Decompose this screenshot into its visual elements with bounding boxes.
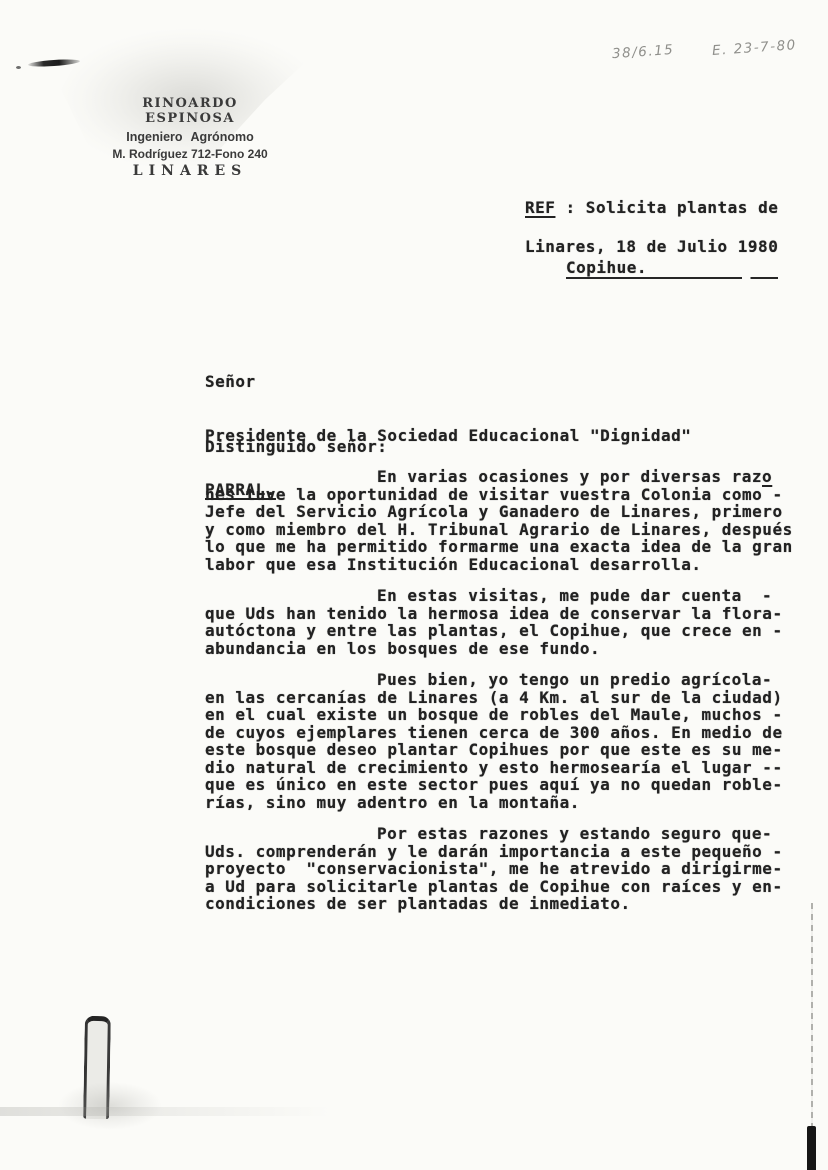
letterhead-title: Ingeniero Agrónomo [92, 130, 288, 144]
paragraph: Pues bien, yo tengo un predio agrícola-e… [205, 671, 805, 811]
scan-artifact-edge-bar [807, 1126, 816, 1170]
reference-subject-line: Copihue. [525, 258, 778, 279]
scan-artifact-dot [16, 66, 21, 69]
letter-line: y como miembro del H. Tribunal Agrario d… [205, 521, 805, 539]
letter-line: dio natural de crecimiento y esto hermos… [205, 759, 805, 777]
letter-line: condiciones de ser plantadas de inmediat… [205, 895, 805, 913]
letter-line: Pues bien, yo tengo un predio agrícola- [205, 671, 805, 689]
letterhead-name: RINOARDO ESPINOSA [92, 96, 288, 126]
reference-label: REF [525, 198, 555, 217]
paragraph: Por estas razones y estando seguro que-U… [205, 825, 805, 913]
letter-line: nes tuve la oportunidad de visitar vuest… [205, 486, 805, 504]
letter-line: autóctona y entre las plantas, el Copihu… [205, 622, 805, 640]
letter-line: de cuyos ejemplares tienen cerca de 300 … [205, 724, 805, 742]
letterhead-address: M. Rodríguez 712-Fono 240 [92, 147, 288, 161]
letterhead: RINOARDO ESPINOSA Ingeniero Agrónomo M. … [92, 96, 288, 179]
letter-line: que Uds han tenido la hermosa idea de co… [205, 605, 805, 623]
paragraph: En varias ocasiones y por diversas razon… [205, 468, 805, 573]
letter-line: Jefe del Servicio Agrícola y Ganadero de… [205, 503, 805, 521]
letter-line: rías, sino muy adentro en la montaña. [205, 794, 805, 812]
handwritten-code: 38/6.15 [612, 42, 675, 62]
letter-line: abundancia en los bosques de ese fundo. [205, 640, 805, 658]
recipient-salutation: Señor [205, 373, 691, 391]
letter-line: labor que esa Institución Educacional de… [205, 556, 805, 574]
letter-line: proyecto "conservacionista", me he atrev… [205, 860, 805, 878]
letter-line: en el cual existe un bosque de robles de… [205, 706, 805, 724]
paragraph: En estas visitas, me pude dar cuenta -qu… [205, 587, 805, 657]
reference-subject: Copihue. [566, 258, 778, 279]
salutation: Distinguido señor: [205, 437, 387, 456]
letter-line: Por estas razones y estando seguro que- [205, 825, 805, 843]
scan-artifact-dash [28, 58, 80, 68]
scanned-letter-page: 38/6.15 E. 23-7-80 RINOARDO ESPINOSA Ing… [0, 0, 828, 1170]
letter-line: que es único en este sector pues aquí ya… [205, 776, 805, 794]
letter-line: este bosque deseo plantar Copihues por q… [205, 741, 805, 759]
dateline: Linares, 18 de Julio 1980 [525, 237, 778, 256]
letter-body: En varias ocasiones y por diversas razon… [205, 468, 805, 927]
scan-artifact-streak [0, 1107, 330, 1116]
letterhead-city: LINARES [92, 163, 288, 179]
letter-line: en las cercanías de Linares (a 4 Km. al … [205, 689, 805, 707]
reference-text: : Solicita plantas de [555, 198, 778, 217]
handwritten-date-note: E. 23-7-80 [712, 37, 798, 59]
letter-line: En varias ocasiones y por diversas razo [205, 468, 805, 486]
letter-line: lo que me ha permitido formarme una exac… [205, 538, 805, 556]
letter-line: a Ud para solicitarle plantas de Copihue… [205, 878, 805, 896]
letter-line: Uds. comprenderán y le darán importancia… [205, 843, 805, 861]
scan-artifact-edge-line [811, 903, 813, 1128]
letter-line: En estas visitas, me pude dar cuenta - [205, 587, 805, 605]
reference-line: REF : Solicita plantas de [525, 198, 778, 218]
scan-artifact-smudge [58, 1082, 162, 1130]
